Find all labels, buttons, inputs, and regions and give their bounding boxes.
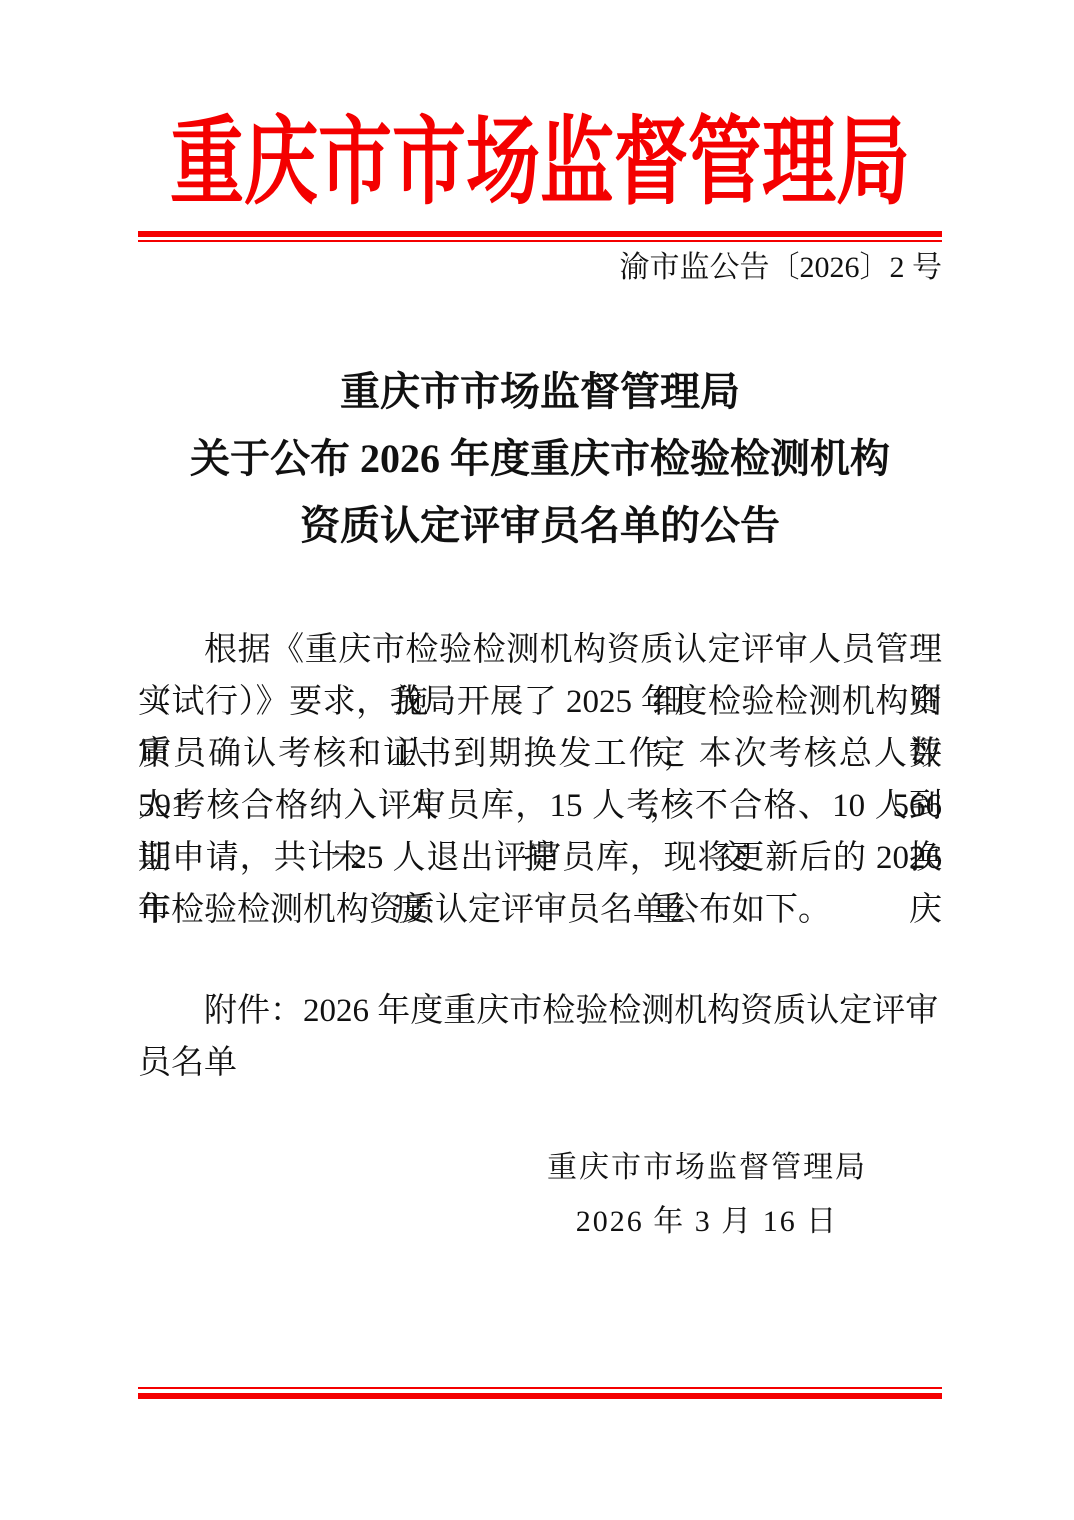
signature-agency: 重庆市市场监督管理局: [547, 1141, 867, 1195]
header-divider-thick: [138, 231, 942, 237]
footer-divider-thick: [138, 1393, 942, 1399]
body-line-5: 证申请，共计 25 人退出评审员库，现将更新后的 2026 年度重庆: [138, 832, 942, 884]
announcement-title: 重庆市市场监督管理局 关于公布 2026 年度重庆市检验检测机构 资质认定评审员…: [138, 358, 942, 559]
body-line-2: （试行）》要求，我局开展了 2025 年度检验检测机构资质认定评: [138, 676, 942, 728]
document-number: 渝市监公告〔2026〕2 号: [138, 248, 942, 288]
header-divider-thin: [138, 240, 942, 242]
attachment-line: 附件：2026 年度重庆市检验检测机构资质认定评审员名单: [138, 985, 942, 1037]
body-line-4: 人考核合格纳入评审员库，15 人考核不合格、10 人到期未提交换: [138, 780, 942, 832]
document-content: 重庆市市场监督管理局 渝市监公告〔2026〕2 号 重庆市市场监督管理局 关于公…: [138, 0, 942, 1520]
body-line-1: 根据《重庆市检验检测机构资质认定评审人员管理实施细则: [138, 624, 942, 676]
footer-divider-thin: [138, 1387, 942, 1389]
title-line-3: 资质认定评审员名单的公告: [138, 492, 942, 559]
signature-block: 重庆市市场监督管理局 2026 年 3 月 16 日: [547, 1141, 867, 1249]
body-paragraph: 根据《重庆市检验检测机构资质认定评审人员管理实施细则 （试行）》要求，我局开展了…: [138, 624, 942, 936]
signature-date: 2026 年 3 月 16 日: [547, 1195, 867, 1249]
agency-masthead-title: 重庆市市场监督管理局: [138, 99, 942, 229]
title-line-1: 重庆市市场监督管理局: [138, 358, 942, 425]
title-line-2: 关于公布 2026 年度重庆市检验检测机构: [138, 425, 942, 492]
body-line-6: 市检验检测机构资质认定评审员名单公布如下。: [138, 884, 942, 936]
body-line-3: 审员确认考核和证书到期换发工作，本次考核总人数 591 人，566: [138, 728, 942, 780]
official-announcement-page: 重庆市市场监督管理局 渝市监公告〔2026〕2 号 重庆市市场监督管理局 关于公…: [0, 0, 1074, 1520]
